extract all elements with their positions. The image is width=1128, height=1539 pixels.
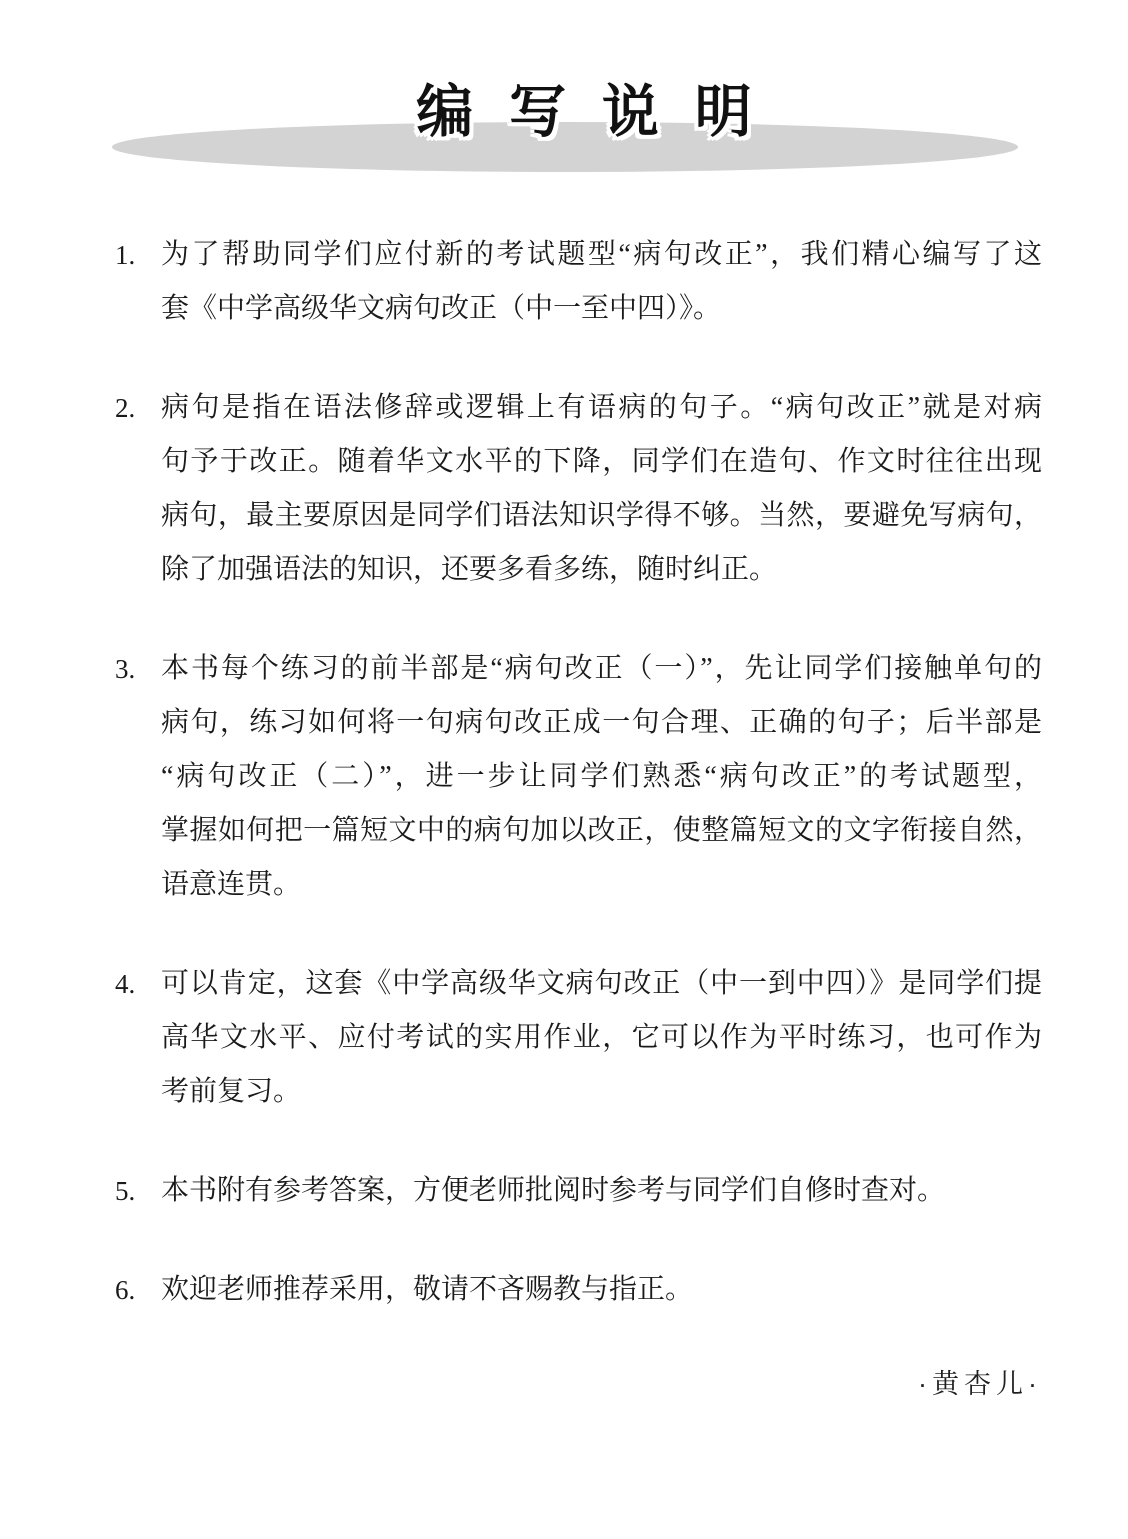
paragraph-line: 为了帮助同学们应付新的考试题型“病句改正”，我们精心编写了这: [161, 228, 1042, 282]
list-number: 5.: [115, 1164, 161, 1218]
paragraph-line: 掌握如何把一篇短文中的病句加以改正，使整篇短文的文字衔接自然，: [161, 804, 1042, 858]
list-number: 6.: [115, 1263, 161, 1317]
paragraph-text: 为了帮助同学们应付新的考试题型“病句改正”，我们精心编写了这 套《中学高级华文病…: [161, 228, 1042, 336]
paragraph-text: 病句是指在语法修辞或逻辑上有语病的句子。“病句改正”就是对病 句予于改正。随着华…: [161, 381, 1042, 597]
list-item: 4. 可以肯定，这套《中学高级华文病句改正（中一到中四）》是同学们提 高华文水平…: [115, 957, 1042, 1119]
document-page: 编 写 说 明 1. 为了帮助同学们应付新的考试题型“病句改正”，我们精心编写了…: [0, 0, 1128, 1539]
author-signature: ·黄杏儿·: [115, 1362, 1042, 1401]
paragraph-line: 套《中学高级华文病句改正（中一至中四）》。: [161, 282, 1042, 336]
list-item: 6. 欢迎老师推荐采用，敬请不吝赐教与指正。: [115, 1263, 1042, 1317]
paragraph-line: 高华文水平、应付考试的实用作业，它可以作为平时练习，也可作为: [161, 1011, 1042, 1065]
list-number: 4.: [115, 957, 161, 1119]
paragraph-text: 本书附有参考答案，方便老师批阅时参考与同学们自修时查对。: [161, 1164, 1042, 1218]
list-number: 3.: [115, 642, 161, 912]
list-item: 1. 为了帮助同学们应付新的考试题型“病句改正”，我们精心编写了这 套《中学高级…: [115, 228, 1042, 336]
paragraph-line: 本书每个练习的前半部是“病句改正（一）”，先让同学们接触单句的: [161, 642, 1042, 696]
paragraph-text: 欢迎老师推荐采用，敬请不吝赐教与指正。: [161, 1263, 1042, 1317]
page-header: 编 写 说 明: [0, 0, 1128, 228]
page-body: 1. 为了帮助同学们应付新的考试题型“病句改正”，我们精心编写了这 套《中学高级…: [0, 228, 1128, 1401]
list-number: 2.: [115, 381, 161, 597]
paragraph-line: 语意连贯。: [161, 858, 1042, 912]
paragraph-line: 病句是指在语法修辞或逻辑上有语病的句子。“病句改正”就是对病: [161, 381, 1042, 435]
list-item: 5. 本书附有参考答案，方便老师批阅时参考与同学们自修时查对。: [115, 1164, 1042, 1218]
paragraph-line: 考前复习。: [161, 1065, 1042, 1119]
paragraph-line: 本书附有参考答案，方便老师批阅时参考与同学们自修时查对。: [161, 1164, 1042, 1218]
paragraph-text: 本书每个练习的前半部是“病句改正（一）”，先让同学们接触单句的 病句，练习如何将…: [161, 642, 1042, 912]
paragraph-line: 病句，练习如何将一句病句改正成一句合理、正确的句子；后半部是: [161, 696, 1042, 750]
page-title: 编 写 说 明: [24, 66, 1128, 148]
list-item: 3. 本书每个练习的前半部是“病句改正（一）”，先让同学们接触单句的 病句，练习…: [115, 642, 1042, 912]
paragraph-text: 可以肯定，这套《中学高级华文病句改正（中一到中四）》是同学们提 高华文水平、应付…: [161, 957, 1042, 1119]
paragraph-line: 欢迎老师推荐采用，敬请不吝赐教与指正。: [161, 1263, 1042, 1317]
list-item: 2. 病句是指在语法修辞或逻辑上有语病的句子。“病句改正”就是对病 句予于改正。…: [115, 381, 1042, 597]
paragraph-line: 句予于改正。随着华文水平的下降，同学们在造句、作文时往往出现: [161, 435, 1042, 489]
list-number: 1.: [115, 228, 161, 336]
paragraph-line: 可以肯定，这套《中学高级华文病句改正（中一到中四）》是同学们提: [161, 957, 1042, 1011]
paragraph-line: 除了加强语法的知识，还要多看多练，随时纠正。: [161, 543, 1042, 597]
paragraph-line: “病句改正（二）”，进一步让同学们熟悉“病句改正”的考试题型，: [161, 750, 1042, 804]
paragraph-line: 病句，最主要原因是同学们语法知识学得不够。当然，要避免写病句，: [161, 489, 1042, 543]
